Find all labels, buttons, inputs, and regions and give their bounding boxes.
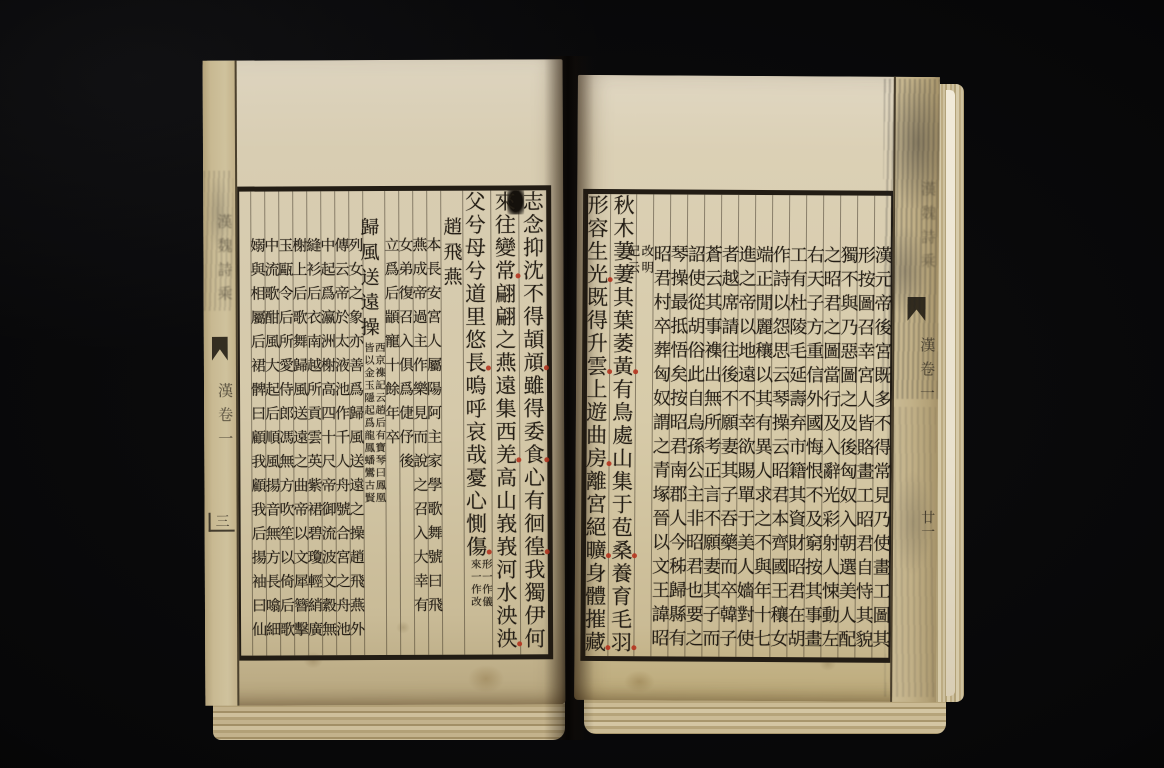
character: 謂 bbox=[650, 412, 671, 436]
text-block-left: 志念抑沈不得頡頏雖得委食心有徊徨我獨伊何來往變常翩翩之燕遠集西羌高山峩峩河水泱泱… bbox=[239, 190, 548, 655]
character: 母 bbox=[462, 237, 486, 260]
character: 離 bbox=[583, 470, 607, 493]
character: 心 bbox=[463, 490, 487, 513]
character: 養 bbox=[609, 562, 633, 585]
character: 既 bbox=[584, 286, 608, 309]
character: 升 bbox=[584, 332, 608, 355]
character: 悠 bbox=[463, 329, 487, 352]
character-with-reading-mark: 雲 bbox=[584, 355, 608, 378]
banxin-title: 漢魏詩乘 bbox=[203, 197, 236, 327]
note-subcolumn: 形一作儀 bbox=[481, 559, 492, 609]
character: 諱 bbox=[649, 604, 670, 628]
character: 念 bbox=[520, 213, 544, 236]
character: 后 bbox=[249, 334, 267, 358]
character: 卒 bbox=[383, 429, 401, 453]
folding-margin-right: 漢魏詩乘 漢卷一 廿一 bbox=[890, 77, 940, 702]
character: 于 bbox=[609, 493, 633, 516]
character: 得 bbox=[521, 305, 545, 328]
character: 沈 bbox=[520, 259, 544, 282]
character: 年 bbox=[383, 405, 401, 429]
character: 處 bbox=[610, 424, 634, 447]
character-with-reading-mark: 桑 bbox=[609, 539, 633, 562]
character: 晉 bbox=[649, 508, 670, 532]
text-column: 嫋與相屬后裙髀曰顧我顧我后揚袖曰仙 bbox=[250, 192, 266, 656]
character: 嗚 bbox=[463, 375, 487, 398]
character: 集 bbox=[493, 397, 517, 420]
banxin-volume: 漢卷一 bbox=[204, 371, 236, 467]
double-column-note: 形一作儀來一作改 bbox=[470, 559, 492, 609]
character: 泱 bbox=[494, 604, 518, 627]
character: 其 bbox=[610, 286, 634, 309]
next-page-sliver bbox=[946, 90, 955, 696]
character: 得 bbox=[584, 309, 608, 332]
character: 仙 bbox=[250, 622, 268, 646]
character: 揚 bbox=[250, 550, 268, 574]
photo-stage: 漢魏詩乘 漢卷一 三 志念抑沈不得頡頏雖得委食心有徊徨我獨伊何來往變常翩翩之燕遠… bbox=[0, 0, 1164, 768]
fishtail-icon bbox=[212, 337, 228, 361]
character: 有 bbox=[610, 378, 634, 401]
character: 遊 bbox=[584, 401, 608, 424]
character: 兮 bbox=[462, 260, 486, 283]
character: 相 bbox=[249, 286, 267, 310]
character-with-reading-mark: 羽 bbox=[608, 631, 632, 654]
character: 憂 bbox=[463, 467, 487, 490]
fishtail-icon bbox=[907, 297, 925, 321]
character: 得 bbox=[521, 397, 545, 420]
character: 十 bbox=[383, 357, 401, 381]
character: 何 bbox=[522, 627, 546, 650]
character: 萎 bbox=[610, 332, 634, 355]
character: 趙 bbox=[440, 217, 462, 242]
character: 伊 bbox=[522, 604, 546, 627]
text-column: 志念抑沈不得頡頏雖得委食心有徊徨我獨伊何 bbox=[518, 190, 548, 654]
character: 里 bbox=[463, 306, 487, 329]
character: 鳥 bbox=[610, 401, 634, 424]
character: 入 bbox=[412, 525, 430, 549]
character: 昭 bbox=[648, 628, 669, 652]
character: 顧 bbox=[249, 478, 267, 502]
character: 徊 bbox=[522, 512, 546, 535]
character: 遠 bbox=[493, 374, 517, 397]
character: 顓 bbox=[383, 309, 401, 333]
character: 獨 bbox=[522, 581, 546, 604]
text-column: 父兮母兮道里悠長嗚呼哀哉憂心惻傷形一作儀來一作改 bbox=[462, 191, 492, 655]
character: 裙 bbox=[249, 358, 267, 382]
character: 爲 bbox=[382, 261, 400, 285]
character: 昭 bbox=[651, 244, 672, 268]
folding-margin-left: 漢魏詩乘 漢卷一 三 bbox=[203, 61, 240, 706]
character: 以 bbox=[649, 532, 670, 556]
character-with-reading-mark: 房 bbox=[583, 447, 607, 470]
character-with-reading-mark: 曠 bbox=[583, 539, 607, 562]
character: 葉 bbox=[610, 309, 634, 332]
text-block-right: 漢元帝後宮既多不得常見乃使畫工圖其形按圖召幸宮人皆賂畫工昭君自恃其貌獨不與乃惡圖… bbox=[585, 194, 891, 658]
character-with-reading-mark: 光 bbox=[585, 263, 609, 286]
page-number: 三 bbox=[209, 513, 235, 532]
character: 形 bbox=[585, 194, 609, 217]
character-with-reading-mark: 藏 bbox=[582, 631, 606, 654]
text-frame-left: 志念抑沈不得頡頏雖得委食心有徊徨我獨伊何來往變常翩翩之燕遠集西羌高山峩峩河水泱泱… bbox=[237, 185, 553, 660]
character: 委 bbox=[521, 420, 545, 443]
character: 惻 bbox=[464, 513, 488, 536]
character: 翩 bbox=[493, 282, 517, 305]
character: 生 bbox=[585, 240, 609, 263]
character: 往 bbox=[492, 213, 516, 236]
character: 萋 bbox=[611, 263, 635, 286]
character-with-reading-mark: 泱 bbox=[494, 627, 518, 650]
character: 水 bbox=[494, 581, 518, 604]
character: 村 bbox=[650, 292, 671, 316]
character-with-reading-mark: 長 bbox=[463, 352, 487, 375]
character: 寵 bbox=[383, 333, 401, 357]
character-with-reading-mark: 黃 bbox=[610, 355, 634, 378]
character: 召 bbox=[412, 501, 430, 525]
character: 翩 bbox=[493, 305, 517, 328]
character: 毛 bbox=[609, 608, 633, 631]
character: 心 bbox=[521, 466, 545, 489]
character: 呼 bbox=[463, 398, 487, 421]
character: 哉 bbox=[463, 444, 487, 467]
character: 宮 bbox=[583, 493, 607, 516]
character: 卒 bbox=[650, 316, 671, 340]
banxin-title: 漢魏詩乘 bbox=[895, 161, 940, 297]
right-page: 漢元帝後宮既多不得常見乃使畫工圖其形按圖召幸宮人皆賂畫工昭君自恃其貌獨不與乃惡圖… bbox=[574, 75, 940, 702]
character-with-reading-mark: 頏 bbox=[521, 351, 545, 374]
character: 后 bbox=[383, 285, 401, 309]
text-column: 昭君村卒葬匈奴謂之青塚晉以文王諱昭 bbox=[650, 194, 670, 656]
character: 體 bbox=[583, 585, 607, 608]
character: 屬 bbox=[249, 310, 267, 334]
character: 身 bbox=[583, 562, 607, 585]
character: 燕 bbox=[440, 267, 462, 292]
character: 集 bbox=[609, 470, 633, 493]
text-column: 立爲后顓寵十餘年卒 bbox=[384, 191, 400, 655]
character: 袖 bbox=[250, 574, 268, 598]
character: 容 bbox=[585, 217, 609, 240]
character: 摧 bbox=[583, 608, 607, 631]
character: 燕 bbox=[493, 351, 517, 374]
character: 青 bbox=[649, 460, 670, 484]
character: 抑 bbox=[520, 236, 544, 259]
character: 山 bbox=[609, 447, 633, 470]
page-number: 廿一 bbox=[893, 501, 937, 547]
character: 立 bbox=[382, 237, 400, 261]
character: 之 bbox=[493, 328, 517, 351]
character: 嫋 bbox=[248, 238, 266, 262]
character: 我 bbox=[250, 502, 268, 526]
character: 匈 bbox=[650, 364, 671, 388]
character: 頡 bbox=[521, 328, 545, 351]
character: 木 bbox=[611, 217, 635, 240]
character: 道 bbox=[463, 283, 487, 306]
character: 葬 bbox=[650, 340, 671, 364]
character: 之 bbox=[650, 436, 671, 460]
character: 曰 bbox=[249, 406, 267, 430]
character: 后 bbox=[250, 526, 268, 550]
character: 育 bbox=[609, 585, 633, 608]
character: 有 bbox=[521, 489, 545, 512]
character: 苞 bbox=[609, 516, 633, 539]
character: 高 bbox=[493, 466, 517, 489]
character: 大 bbox=[412, 549, 430, 573]
character: 峩 bbox=[494, 512, 518, 535]
character: 志 bbox=[520, 190, 544, 213]
character-with-reading-mark: 常 bbox=[492, 259, 516, 282]
character: 我 bbox=[249, 454, 267, 478]
note-subcolumn: 來一作改 bbox=[470, 559, 481, 609]
character: 髀 bbox=[249, 382, 267, 406]
text-column: 秋木萋萋其葉萎黃有鳥處山集于苞桑養育毛羽 bbox=[607, 194, 636, 656]
character: 絕 bbox=[583, 516, 607, 539]
character: 哀 bbox=[463, 421, 487, 444]
character: 後 bbox=[397, 453, 415, 477]
character: 西 bbox=[493, 420, 517, 443]
character: 奴 bbox=[650, 388, 671, 412]
text-column: 來往變常翩翩之燕遠集西羌高山峩峩河水泱泱 bbox=[490, 190, 520, 654]
character: 君 bbox=[651, 268, 672, 292]
character: 有 bbox=[412, 597, 430, 621]
character: 之 bbox=[411, 477, 429, 501]
character: 山 bbox=[493, 489, 517, 512]
character: 與 bbox=[248, 262, 266, 286]
character: 來 bbox=[492, 190, 516, 213]
character-with-reading-mark: 食 bbox=[521, 443, 545, 466]
character: 河 bbox=[494, 558, 518, 581]
character: 餘 bbox=[383, 381, 401, 405]
left-page: 漢魏詩乘 漢卷一 三 志念抑沈不得頡頏雖得委食心有徊徨我獨伊何來往變常翩翩之燕遠… bbox=[203, 59, 566, 706]
character: 上 bbox=[584, 378, 608, 401]
character: 幸 bbox=[412, 573, 430, 597]
character: 兮 bbox=[462, 214, 486, 237]
character: 王 bbox=[649, 580, 670, 604]
character: 不 bbox=[521, 282, 545, 305]
text-frame-right: 漢元帝後宮既多不得常見乃使畫工圖其形按圖召幸宮人皆賂畫工昭君自恃其貌獨不與乃惡圖… bbox=[580, 189, 893, 663]
character: 曰 bbox=[250, 598, 268, 622]
character: 塚 bbox=[649, 484, 670, 508]
character: 父 bbox=[462, 191, 486, 214]
character: 顧 bbox=[249, 430, 267, 454]
character: 雖 bbox=[521, 374, 545, 397]
text-column: 形容生光既得升雲上遊曲房離宮絕曠身體摧藏 bbox=[581, 194, 610, 656]
character: 我 bbox=[522, 558, 546, 581]
banxin-volume: 漢卷一 bbox=[894, 325, 939, 421]
character: 秋 bbox=[611, 194, 635, 217]
character: 萋 bbox=[611, 240, 635, 263]
character: 文 bbox=[649, 556, 670, 580]
character-with-reading-mark: 羌 bbox=[493, 443, 517, 466]
character-with-reading-mark: 傷 bbox=[464, 536, 488, 559]
character: 峩 bbox=[494, 535, 518, 558]
character: 飛 bbox=[440, 242, 462, 267]
character: 曲 bbox=[584, 424, 608, 447]
character: 變 bbox=[492, 236, 516, 259]
character-with-reading-mark: 徨 bbox=[522, 535, 546, 558]
